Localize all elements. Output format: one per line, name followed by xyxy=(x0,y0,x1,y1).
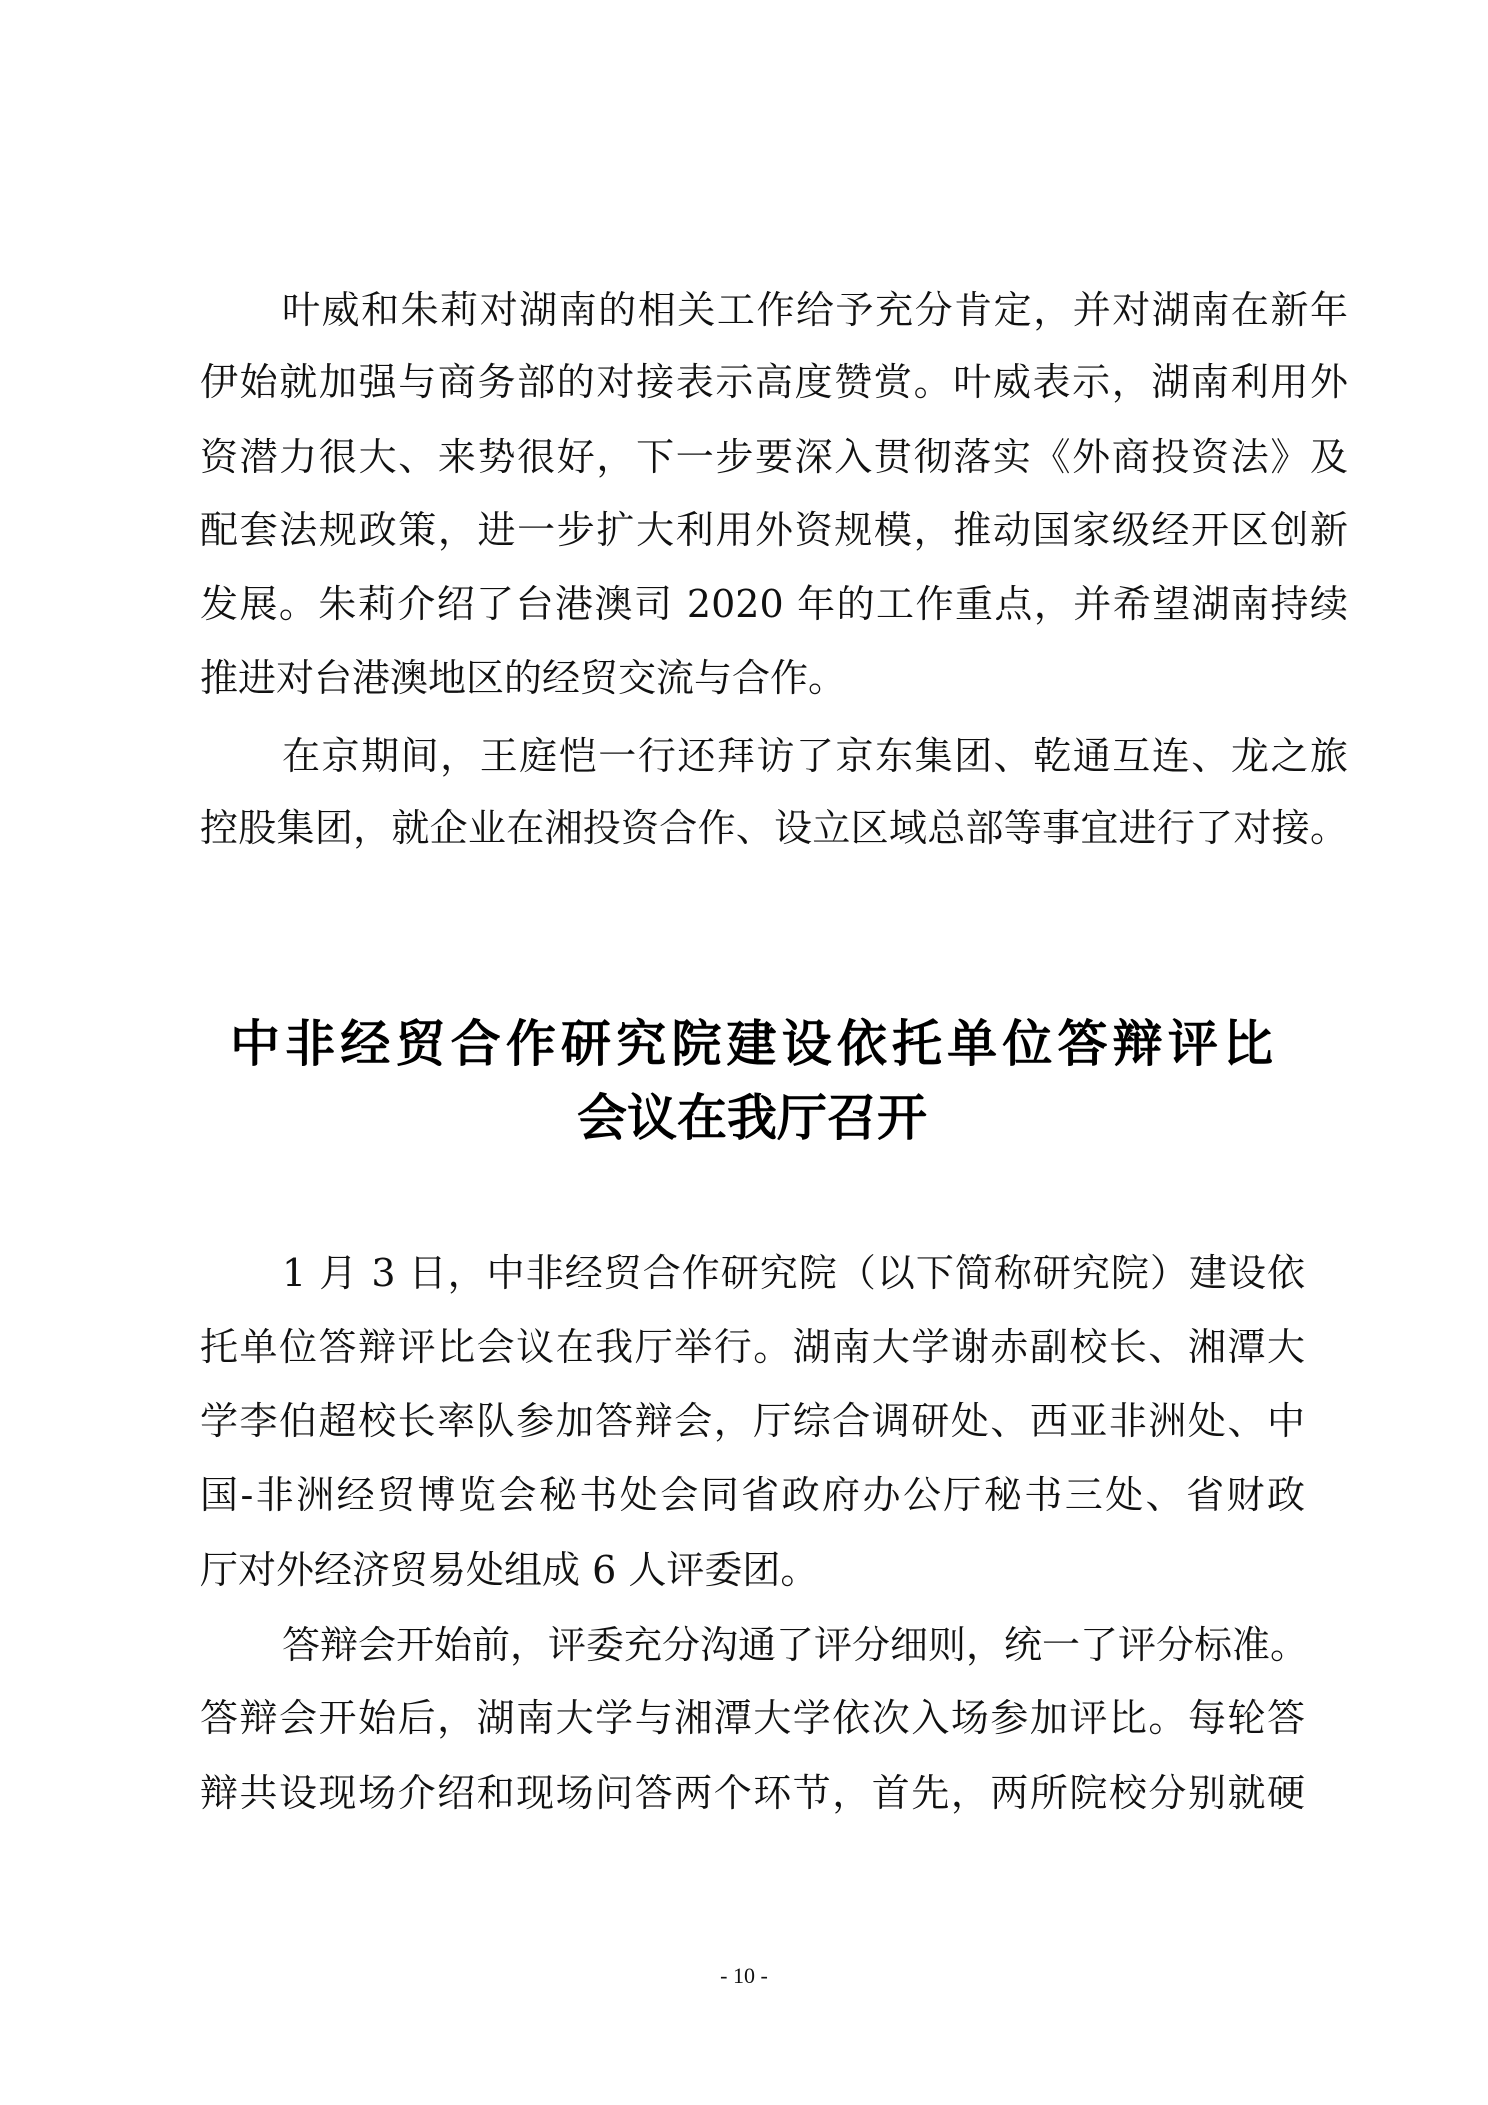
paragraph-line: 叶威和朱莉对湖南的相关工作给予充分肯定，并对湖南在新年 xyxy=(282,288,1348,332)
document-page: 叶威和朱莉对湖南的相关工作给予充分肯定，并对湖南在新年 伊始就加强与商务部的对接… xyxy=(0,0,1488,2105)
paragraph-line: 托单位答辩评比会议在我厅举行。湖南大学谢赤副校长、湘潭大 xyxy=(200,1325,1305,1369)
paragraph-line: 在京期间，王庭恺一行还拜访了京东集团、乾通互连、龙之旅 xyxy=(282,734,1348,778)
paragraph-line: 资潜力很大、来势很好，下一步要深入贯彻落实《外商投资法》及 xyxy=(200,435,1348,479)
paragraph-line: 学李伯超校长率队参加答辩会，厅综合调研处、西亚非洲处、中 xyxy=(200,1399,1305,1443)
paragraph-line: 答辩会开始前，评委充分沟通了评分细则，统一了评分标准。 xyxy=(282,1623,1305,1667)
paragraph-line: 发展。朱莉介绍了台港澳司 2020 年的工作重点，并希望湖南持续 xyxy=(200,582,1348,626)
paragraph-line: 配套法规政策，进一步扩大利用外资规模，推动国家级经开区创新 xyxy=(200,508,1348,552)
paragraph-line: 厅对外经济贸易处组成 6 人评委团。 xyxy=(200,1548,1305,1592)
article-title-line-2: 会议在我厅召开 xyxy=(452,1090,1052,1146)
paragraph-line: 推进对台港澳地区的经贸交流与合作。 xyxy=(200,656,1348,700)
paragraph-line: 国-非洲经贸博览会秘书处会同省政府办公厅秘书三处、省财政 xyxy=(200,1473,1305,1517)
paragraph-line: 答辩会开始后，湖南大学与湘潭大学依次入场参加评比。每轮答 xyxy=(200,1696,1305,1740)
page-number: - 10 - xyxy=(694,1962,794,1990)
paragraph-line: 控股集团，就企业在湘投资合作、设立区域总部等事宜进行了对接。 xyxy=(200,806,1348,850)
article-title-line-1: 中非经贸合作研究院建设依托单位答辩评比 xyxy=(230,1016,1273,1072)
paragraph-line: 伊始就加强与商务部的对接表示高度赞赏。叶威表示，湖南利用外 xyxy=(200,360,1348,404)
paragraph-line: 1 月 3 日，中非经贸合作研究院（以下简称研究院）建设依 xyxy=(282,1251,1305,1295)
paragraph-line: 辩共设现场介绍和现场问答两个环节，首先，两所院校分别就硬 xyxy=(200,1771,1305,1815)
